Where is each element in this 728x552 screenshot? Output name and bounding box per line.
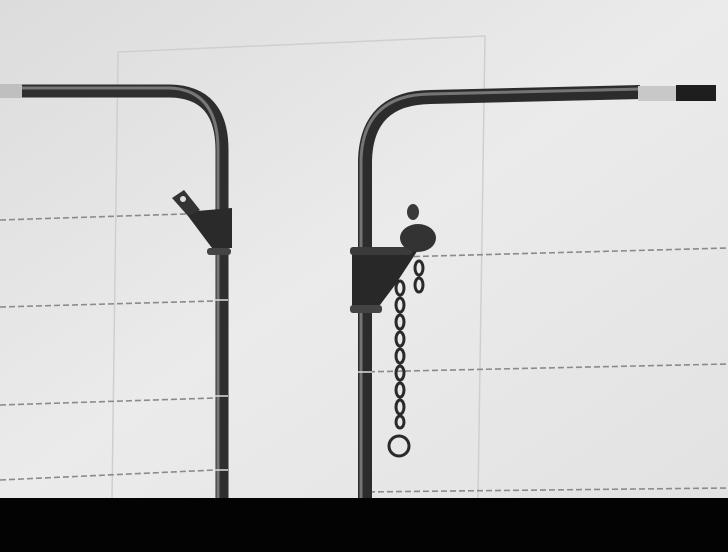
photo-frame — [0, 0, 728, 552]
black-border — [0, 498, 728, 552]
gate-photograph — [0, 0, 728, 498]
